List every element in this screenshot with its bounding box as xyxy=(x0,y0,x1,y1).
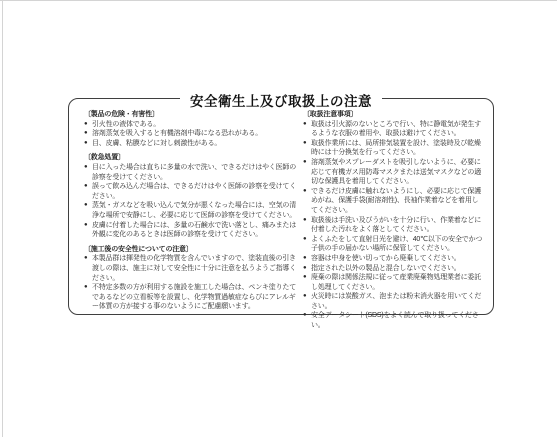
bullet-item: ●容器は中身を使い切ってから廃棄してください。 xyxy=(303,254,485,264)
bullet-item: ●溶剤蒸気を吸入すると有機溶剤中毒になる恐れがある。 xyxy=(84,129,296,139)
bullet-item: ●不特定多数の方が利用する施設を施工した場合は、ペンキ塗りたてであるなどの立看板… xyxy=(84,283,296,312)
bullet-text: 廃棄の際は関係法規に従って産業廃棄物処理業者に委託し処理してください。 xyxy=(311,273,485,292)
bullet-icon: ● xyxy=(303,311,311,321)
bullet-item: ●火災時には炭酸ガス、泡または粉末消火器を用いてください。 xyxy=(303,292,485,311)
bullet-text: 目、皮膚、粘膜などに対し刺激性がある。 xyxy=(92,139,296,149)
bullet-text: 目に入った場合は直ちに多量の水で洗い、できるだけはやく医師の診察を受けてください… xyxy=(92,163,296,182)
bullet-text: 取扱作業所には、局所排気装置を設け、塗装時及び乾燥時には十分換気を行ってください… xyxy=(311,139,485,158)
bullet-text: 蒸気・ガスなどを吸い込んで気分が悪くなった場合には、空気の清浄な場所で安静にし、… xyxy=(92,201,296,220)
bullet-icon: ● xyxy=(303,273,311,283)
bullet-icon: ● xyxy=(84,221,92,231)
bullet-text: 指定された以外の製品と混合しないでください。 xyxy=(311,264,485,274)
bullet-icon: ● xyxy=(303,158,311,168)
bullet-icon: ● xyxy=(303,139,311,149)
bullet-icon: ● xyxy=(84,129,92,139)
section-heading: 〔製品の危険・有害性〕 xyxy=(84,110,296,120)
bullet-item: ●引火性の液体である。 xyxy=(84,120,296,130)
document-page: 安全衛生上及び取扱上の注意 〔製品の危険・有害性〕●引火性の液体である。●溶剤蒸… xyxy=(0,0,557,437)
bullet-item: ●できるだけ皮膚に触れないようにし、必要に応じて保護めがね、保護手袋(耐溶剤性)… xyxy=(303,187,485,216)
bullet-icon: ● xyxy=(84,139,92,149)
section-heading: 〔施工後の安全性についての注意〕 xyxy=(84,245,296,255)
bullet-text: 溶剤蒸気やスプレーダストを吸引しないように、必要に応じて有機ガス用防毒マスクまた… xyxy=(311,158,485,187)
bullet-text: 不特定多数の方が利用する施設を施工した場合は、ペンキ塗りたてであるなどの立看板等… xyxy=(92,283,296,312)
bullet-item: ●指定された以外の製品と混合しないでください。 xyxy=(303,264,485,274)
bullet-item: ●取扱後は手洗い及びうがいを十分に行い、作業着などに付着した汚れをよく落としてく… xyxy=(303,216,485,235)
section-heading: 〔救急処置〕 xyxy=(84,153,296,163)
bullet-item: ●溶剤蒸気やスプレーダストを吸引しないように、必要に応じて有機ガス用防毒マスクま… xyxy=(303,158,485,187)
bullet-text: 取扱は引火源のないところで行い、特に静電気が発生するような衣服の着用や、取扱は避… xyxy=(311,120,485,139)
bullet-icon: ● xyxy=(84,201,92,211)
page-edge-top-line xyxy=(0,0,557,1)
bullet-text: 溶剤蒸気を吸入すると有機溶剤中毒になる恐れがある。 xyxy=(92,129,296,139)
bullet-text: 火災時には炭酸ガス、泡または粉末消火器を用いてください。 xyxy=(311,292,485,311)
bullet-icon: ● xyxy=(303,120,311,130)
notice-title: 安全衛生上及び取扱上の注意 xyxy=(180,90,382,110)
safety-notice-box: 安全衛生上及び取扱上の注意 〔製品の危険・有害性〕●引火性の液体である。●溶剤蒸… xyxy=(68,98,494,315)
notice-columns: 〔製品の危険・有害性〕●引火性の液体である。●溶剤蒸気を吸入すると有機溶剤中毒に… xyxy=(69,99,493,331)
bullet-item: ●目に入った場合は直ちに多量の水で洗い、できるだけはやく医師の診察を受けてくださ… xyxy=(84,163,296,182)
bullet-icon: ● xyxy=(84,254,92,264)
bullet-text: 安全データシート(SDS)をよく読んで取り扱ってください。 xyxy=(311,311,485,330)
bullet-icon: ● xyxy=(303,292,311,302)
bullet-item: ●よくふたをして直射日光を避け、40℃以下の安全でかつ子供の手の届かない場所に保… xyxy=(303,235,485,254)
bullet-item: ●目、皮膚、粘膜などに対し刺激性がある。 xyxy=(84,139,296,149)
bullet-text: 誤って飲み込んだ場合は、できるだけはやく医師の診察を受けてください。 xyxy=(92,182,296,201)
bullet-icon: ● xyxy=(84,182,92,192)
bullet-item: ●皮膚に付着した場合には、多量の石鹸水で洗い落とし、痛みまたは外観に変化のあると… xyxy=(84,221,296,240)
bullet-text: よくふたをして直射日光を避け、40℃以下の安全でかつ子供の手の届かない場所に保管… xyxy=(311,235,485,254)
section-heading: 〔取扱注意事項〕 xyxy=(303,110,485,120)
bullet-text: 引火性の液体である。 xyxy=(92,120,296,130)
bullet-icon: ● xyxy=(303,187,311,197)
bullet-item: ●本製品群は揮発性の化学物質を含んでいますので、塗装直後の引き渡しの際は、施主に… xyxy=(84,254,296,283)
bullet-item: ●安全データシート(SDS)をよく読んで取り扱ってください。 xyxy=(303,311,485,330)
page-edge-left-line xyxy=(2,0,3,437)
bullet-text: できるだけ皮膚に触れないようにし、必要に応じて保護めがね、保護手袋(耐溶剤性)、… xyxy=(311,187,485,216)
bullet-text: 容器は中身を使い切ってから廃棄してください。 xyxy=(311,254,485,264)
bullet-icon: ● xyxy=(303,235,311,245)
bullet-icon: ● xyxy=(84,120,92,130)
bullet-icon: ● xyxy=(84,283,92,293)
bullet-item: ●廃棄の際は関係法規に従って産業廃棄物処理業者に委託し処理してください。 xyxy=(303,273,485,292)
bullet-item: ●誤って飲み込んだ場合は、できるだけはやく医師の診察を受けてください。 xyxy=(84,182,296,201)
bullet-text: 皮膚に付着した場合には、多量の石鹸水で洗い落とし、痛みまたは外観に変化のあるとき… xyxy=(92,221,296,240)
bullet-item: ●蒸気・ガスなどを吸い込んで気分が悪くなった場合には、空気の清浄な場所で安静にし… xyxy=(84,201,296,220)
left-column: 〔製品の危険・有害性〕●引火性の液体である。●溶剤蒸気を吸入すると有機溶剤中毒に… xyxy=(84,110,296,331)
bullet-item: ●取扱は引火源のないところで行い、特に静電気が発生するような衣服の着用や、取扱は… xyxy=(303,120,485,139)
bullet-icon: ● xyxy=(303,216,311,226)
bullet-icon: ● xyxy=(303,264,311,274)
bullet-text: 取扱後は手洗い及びうがいを十分に行い、作業着などに付着した汚れをよく落としてくだ… xyxy=(311,216,485,235)
bullet-item: ●取扱作業所には、局所排気装置を設け、塗装時及び乾燥時には十分換気を行ってくださ… xyxy=(303,139,485,158)
right-column: 〔取扱注意事項〕●取扱は引火源のないところで行い、特に静電気が発生するような衣服… xyxy=(303,110,485,331)
bullet-icon: ● xyxy=(84,163,92,173)
bullet-text: 本製品群は揮発性の化学物質を含んでいますので、塗装直後の引き渡しの際は、施主に対… xyxy=(92,254,296,283)
bullet-icon: ● xyxy=(303,254,311,264)
